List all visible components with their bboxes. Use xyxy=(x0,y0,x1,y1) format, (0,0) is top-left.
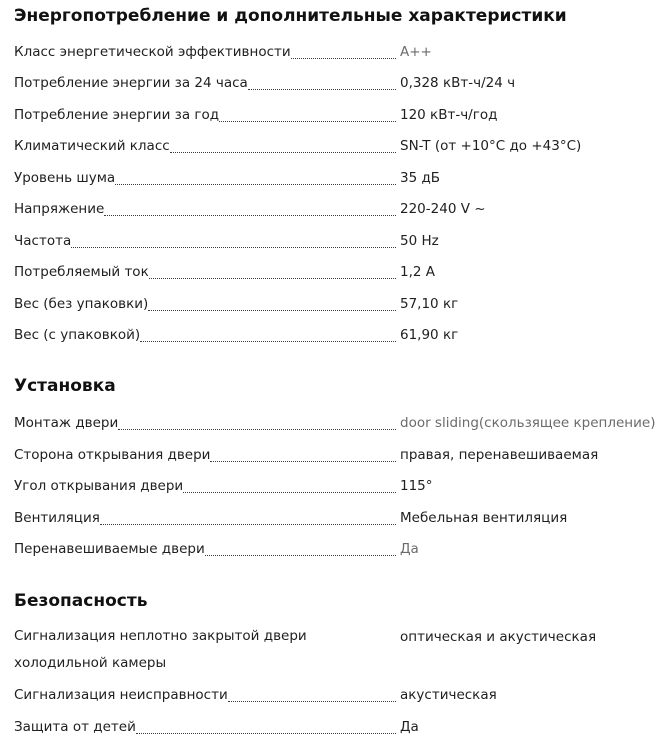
spec-row: Монтаж двери door sliding(скользящее кре… xyxy=(14,412,667,434)
dotted-leader xyxy=(148,310,396,311)
section-title-safety: Безопасность xyxy=(14,590,147,612)
spec-row: Угол открывания двери 115° xyxy=(14,475,667,497)
spec-row: Класс энергетической эффективности A++ xyxy=(14,41,667,63)
dotted-leader xyxy=(291,58,396,59)
dotted-leader xyxy=(71,247,396,248)
spec-value: 220-240 V ~ xyxy=(400,198,486,220)
spec-row: Уровень шума 35 дБ xyxy=(14,167,667,189)
dotted-leader xyxy=(170,152,396,153)
dotted-leader xyxy=(100,524,396,525)
spec-label: Сигнализация неплотно закрытой двери хол… xyxy=(14,623,396,677)
spec-label: Напряжение xyxy=(14,198,104,220)
spec-value: 120 кВт-ч/год xyxy=(400,104,497,126)
dotted-leader xyxy=(118,429,396,430)
spec-label: Защита от детей xyxy=(14,716,136,738)
spec-value: 57,10 кг xyxy=(400,293,458,315)
dotted-leader xyxy=(140,341,396,342)
spec-row: Вес (с упаковкой) 61,90 кг xyxy=(14,324,667,346)
spec-label: Потребляемый ток xyxy=(14,261,149,283)
spec-value: 50 Hz xyxy=(400,230,439,252)
spec-label: Класс энергетической эффективности xyxy=(14,41,291,63)
spec-row: Потребляемый ток 1,2 A xyxy=(14,261,667,283)
spec-row: Сигнализация неплотно закрытой двери хол… xyxy=(14,623,667,679)
spec-value: SN-T (от +10°С до +43°С) xyxy=(400,135,581,157)
dotted-leader xyxy=(228,701,396,702)
spec-value: 0,328 кВт-ч/24 ч xyxy=(400,72,515,94)
spec-row: Потребление энергии за 24 часа 0,328 кВт… xyxy=(14,72,667,94)
spec-value: A++ xyxy=(400,41,432,63)
spec-label: Вентиляция xyxy=(14,507,100,529)
spec-label: Вес (с упаковкой) xyxy=(14,324,140,346)
spec-row: Потребление энергии за год 120 кВт-ч/год xyxy=(14,104,667,126)
spec-value: Да xyxy=(400,538,419,560)
spec-row: Климатический класс SN-T (от +10°С до +4… xyxy=(14,135,667,157)
dotted-leader xyxy=(104,215,396,216)
dotted-leader xyxy=(219,121,396,122)
dotted-leader xyxy=(210,461,396,462)
spec-value: 35 дБ xyxy=(400,167,440,189)
dotted-leader xyxy=(183,492,396,493)
spec-row: Сигнализация неисправности акустическая xyxy=(14,684,667,706)
spec-label: Угол открывания двери xyxy=(14,475,183,497)
spec-value: 1,2 A xyxy=(400,261,435,283)
spec-label: Потребление энергии за год xyxy=(14,104,219,126)
spec-row: Сторона открывания двери правая, перенав… xyxy=(14,444,667,466)
spec-value: 115° xyxy=(400,475,433,497)
spec-row: Вентиляция Мебельная вентиляция xyxy=(14,507,667,529)
spec-value: Мебельная вентиляция xyxy=(400,507,567,529)
spec-row: Защита от детей Да xyxy=(14,716,667,738)
dotted-leader xyxy=(149,278,396,279)
spec-row: Напряжение 220-240 V ~ xyxy=(14,198,667,220)
dotted-leader xyxy=(115,184,396,185)
spec-label: Монтаж двери xyxy=(14,412,118,434)
spec-label: Частота xyxy=(14,230,71,252)
section-title-energy: Энергопотребление и дополнительные харак… xyxy=(14,5,567,27)
spec-label: Сторона открывания двери xyxy=(14,444,210,466)
spec-label: Потребление энергии за 24 часа xyxy=(14,72,248,94)
spec-row: Перенавешиваемые двери Да xyxy=(14,538,667,560)
dotted-leader xyxy=(248,89,396,90)
spec-value: оптическая и акустическая xyxy=(400,626,596,648)
spec-value: door sliding(скользящее крепление) xyxy=(400,412,655,434)
spec-value: 61,90 кг xyxy=(400,324,458,346)
spec-value: Да xyxy=(400,716,419,738)
section-title-installation: Установка xyxy=(14,375,116,397)
dotted-leader xyxy=(136,733,396,734)
spec-label: Перенавешиваемые двери xyxy=(14,538,205,560)
spec-label: Климатический класс xyxy=(14,135,170,157)
spec-value: акустическая xyxy=(400,684,497,706)
spec-row: Частота 50 Hz xyxy=(14,230,667,252)
spec-label: Уровень шума xyxy=(14,167,115,189)
spec-label: Сигнализация неисправности xyxy=(14,684,228,706)
dotted-leader xyxy=(205,555,396,556)
spec-label: Вес (без упаковки) xyxy=(14,293,148,315)
spec-row: Вес (без упаковки) 57,10 кг xyxy=(14,293,667,315)
spec-value: правая, перенавешиваемая xyxy=(400,444,598,466)
